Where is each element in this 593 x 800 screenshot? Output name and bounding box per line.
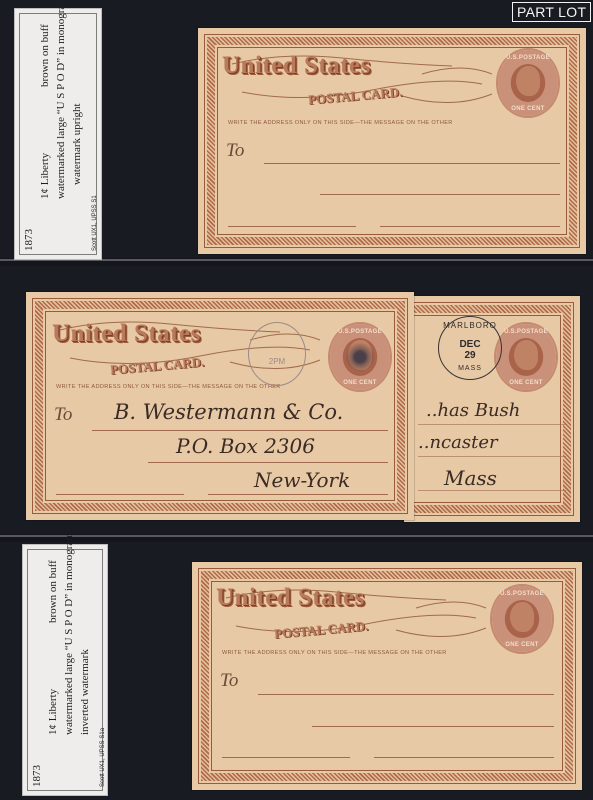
label-watermark: watermarked large “U S P O D” in monogra… <box>55 0 67 199</box>
label-year: 1873 <box>23 229 35 251</box>
label-watermark: watermarked large “U S P O D” in monogra… <box>63 532 75 735</box>
one-cent-stamp-icon: U.S.POSTAGE ONE CENT <box>498 50 558 116</box>
label-watermark-orientation: watermark upright <box>71 103 83 185</box>
part-lot-badge: PART LOT <box>512 2 591 22</box>
card-instruction: WRITE THE ADDRESS ONLY ON THIS SIDE—THE … <box>222 650 447 656</box>
cork-cancel-icon <box>345 342 375 372</box>
to-label: To <box>54 404 72 426</box>
handwritten-address-line3: Mass <box>444 466 497 490</box>
card-title: United States <box>222 52 371 80</box>
postal-card-used-marlboro: U.S.POSTAGE ONE CENT MARLBORO DEC 29 MAS… <box>404 296 580 522</box>
postal-card-used-westermann: United States POSTAL CARD. WRITE THE ADD… <box>26 292 414 520</box>
address-line <box>92 430 388 431</box>
address-line <box>320 194 560 195</box>
description-label-upright: 1873 1¢ Liberty brown on buff watermarke… <box>14 8 102 260</box>
address-line <box>228 226 356 227</box>
to-label: To <box>220 670 238 692</box>
card-title: United States <box>52 320 201 348</box>
address-line <box>312 726 554 727</box>
postal-card-unused-inverted: United States POSTAL CARD. WRITE THE ADD… <box>192 562 582 790</box>
faint-postmark: 2PM <box>248 322 306 386</box>
address-line <box>148 462 388 463</box>
address-line <box>258 694 554 695</box>
handwritten-address-line2: P.O. Box 2306 <box>176 434 315 458</box>
label-color: brown on buff <box>39 24 51 87</box>
address-line <box>208 494 388 495</box>
address-line <box>222 757 350 758</box>
label-denomination: 1¢ Liberty <box>47 689 59 735</box>
label-scott-number: Scott UX1, UPSS S1 <box>89 195 101 251</box>
handwritten-address-line1: ..has Bush <box>426 400 520 421</box>
postal-card-unused-upright: United States POSTAL CARD. WRITE THE ADD… <box>198 28 586 254</box>
to-label: To <box>226 140 244 162</box>
card-instruction: WRITE THE ADDRESS ONLY ON THIS SIDE—THE … <box>56 384 281 390</box>
description-label-inverted: 1873 1¢ Liberty brown on buff watermarke… <box>22 544 108 796</box>
card-instruction: WRITE THE ADDRESS ONLY ON THIS SIDE—THE … <box>228 120 453 126</box>
label-denomination: 1¢ Liberty <box>39 153 51 199</box>
strip-divider <box>0 535 593 537</box>
handwritten-address-line3: New-York <box>254 468 350 492</box>
address-line <box>264 163 560 164</box>
label-watermark-orientation: inverted watermark <box>79 649 91 735</box>
handwritten-address-line2: ..ncaster <box>418 432 498 453</box>
handwritten-address-line1: B. Westermann & Co. <box>114 400 343 424</box>
one-cent-stamp-icon: U.S.POSTAGE ONE CENT <box>492 586 552 652</box>
label-color: brown on buff <box>47 560 59 623</box>
card-title: United States <box>216 584 365 612</box>
marlboro-postmark: MARLBORO DEC 29 MASS <box>438 316 502 380</box>
one-cent-stamp-icon: U.S.POSTAGE ONE CENT <box>496 324 556 390</box>
address-line <box>380 226 560 227</box>
address-line <box>56 494 184 495</box>
address-line <box>374 757 554 758</box>
label-year: 1873 <box>31 765 43 787</box>
label-scott-number: Scott UX1, UPSS S1a <box>97 728 109 787</box>
